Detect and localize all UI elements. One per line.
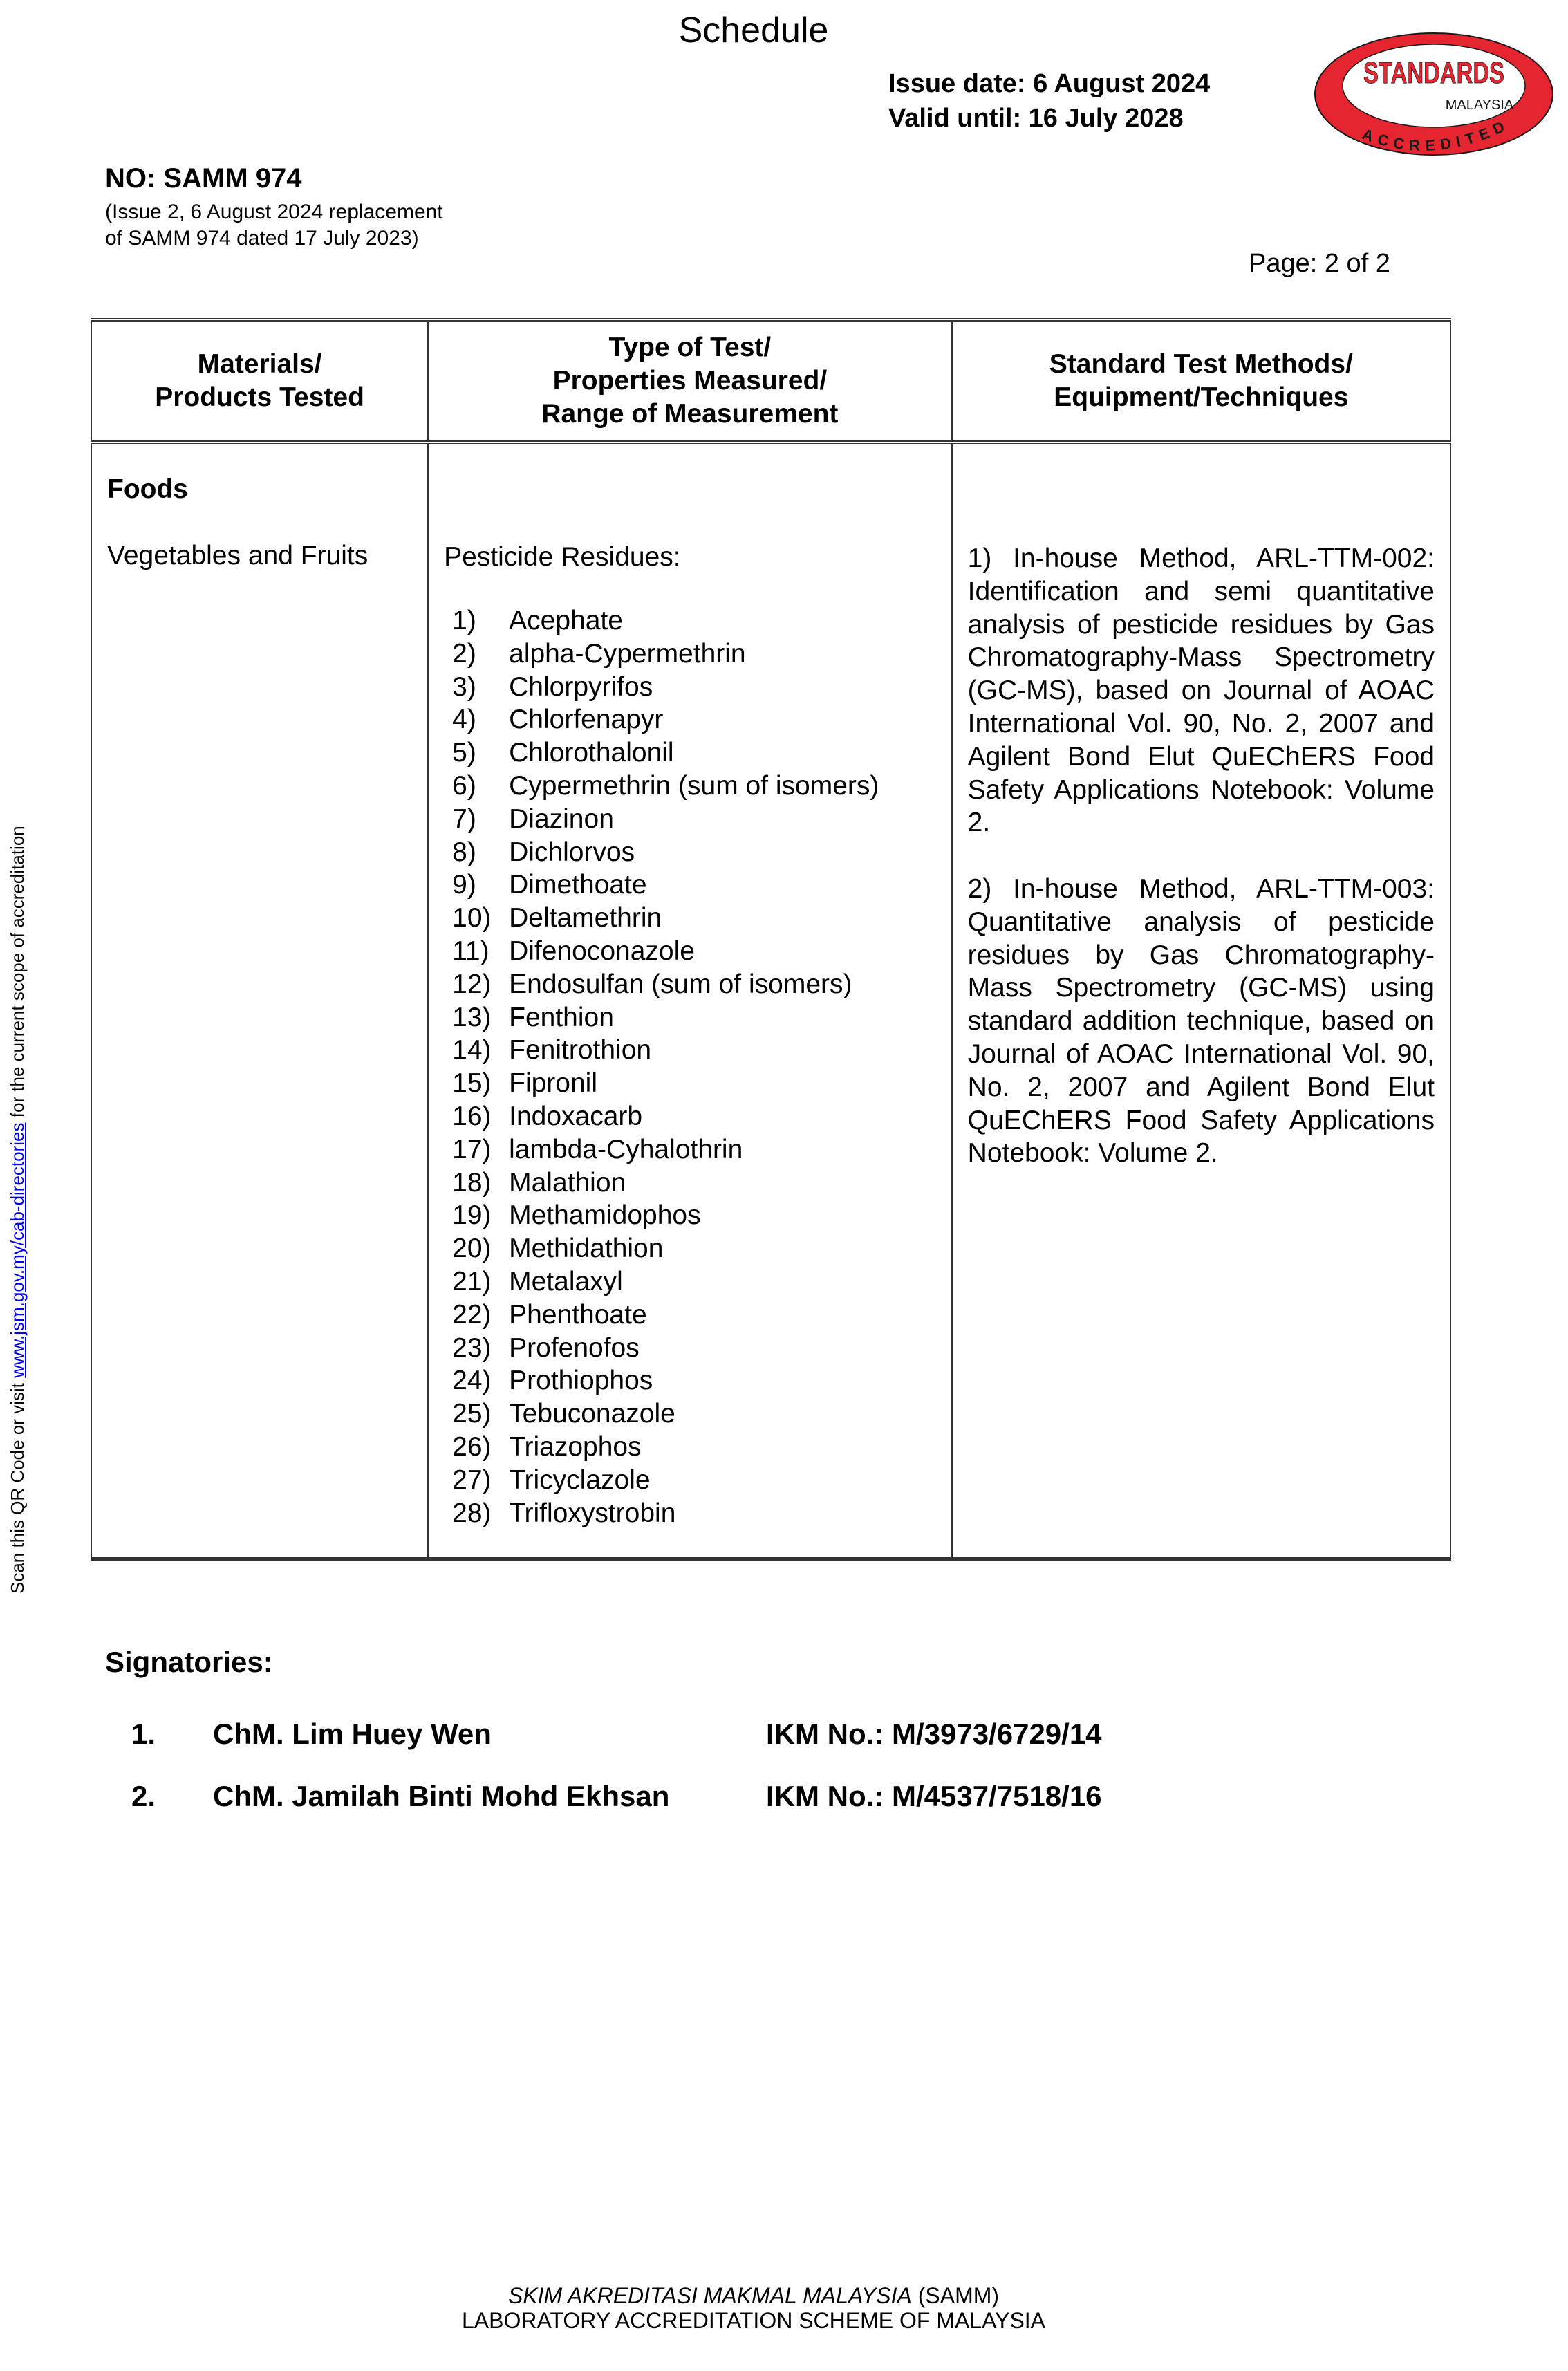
pesticide-name: Malathion [509, 1166, 626, 1200]
pesticide-name: lambda-Cyhalothrin [509, 1133, 743, 1166]
item-number: 4) [452, 703, 509, 736]
item-number: 23) [452, 1332, 509, 1365]
list-item: 18)Malathion [452, 1166, 937, 1200]
list-item: 10)Deltamethrin [452, 902, 937, 935]
pesticide-name: Fipronil [509, 1067, 597, 1100]
pesticide-name: Tebuconazole [509, 1397, 675, 1431]
document-number: NO: SAMM 974 [105, 163, 302, 194]
list-item: 12)Endosulfan (sum of isomers) [452, 968, 937, 1001]
side-qr-note: Scan this QR Code or visit www.jsm.gov.m… [7, 709, 28, 1594]
list-item: 23)Profenofos [452, 1332, 937, 1365]
accreditation-scope-table: Materials/Products Tested Type of Test/P… [91, 318, 1451, 1561]
pesticide-list: 1)Acephate2)alpha-Cypermethrin3)Chlorpyr… [444, 604, 937, 1529]
materials-cell: Foods Vegetables and Fruits [91, 443, 428, 1559]
list-item: 6)Cypermethrin (sum of isomers) [452, 770, 937, 803]
item-number: 24) [452, 1364, 509, 1397]
pesticide-name: Deltamethrin [509, 902, 662, 935]
page-title: Schedule [0, 10, 1507, 51]
signatory-number: 1. [131, 1718, 213, 1751]
valid-until: Valid until: 16 July 2028 [888, 101, 1210, 136]
list-item: 28)Trifloxystrobin [452, 1497, 937, 1530]
list-item: 27)Tricyclazole [452, 1464, 937, 1497]
item-number: 7) [452, 803, 509, 836]
list-item: 7)Diazinon [452, 803, 937, 836]
item-number: 5) [452, 736, 509, 770]
pesticide-name: Tricyclazole [509, 1464, 650, 1497]
list-item: 11)Difenoconazole [452, 935, 937, 968]
issue-note: (Issue 2, 6 August 2024 replacement of S… [105, 199, 443, 252]
footer-scheme-english: LABORATORY ACCREDITATION SCHEME OF MALAY… [0, 2308, 1507, 2333]
test-heading: Pesticide Residues: [444, 542, 937, 573]
item-number: 22) [452, 1299, 509, 1332]
header-type-of-test: Type of Test/Properties Measured/Range o… [428, 320, 952, 443]
pesticide-name: Metalaxyl [509, 1265, 623, 1299]
item-number: 16) [452, 1100, 509, 1133]
list-item: 15)Fipronil [452, 1067, 937, 1100]
signatory-ikm: IKM No.: M/3973/6729/14 [766, 1718, 1102, 1750]
pesticide-name: Diazinon [509, 803, 614, 836]
item-number: 21) [452, 1265, 509, 1299]
item-number: 17) [452, 1133, 509, 1166]
item-number: 9) [452, 868, 509, 902]
issue-note-line: (Issue 2, 6 August 2024 replacement [105, 199, 443, 225]
list-item: 26)Triazophos [452, 1431, 937, 1464]
method-item: 2) In-house Method, ARL-TTM-003: Quantit… [968, 873, 1435, 1170]
item-number: 26) [452, 1431, 509, 1464]
item-number: 11) [452, 935, 509, 968]
methods-list: 1) In-house Method, ARL-TTM-002: Identif… [953, 444, 1450, 1231]
list-item: 3)Chlorpyrifos [452, 671, 937, 704]
list-item: 1)Acephate [452, 604, 937, 638]
pesticide-name: Difenoconazole [509, 935, 695, 968]
pesticide-name: Phenthoate [509, 1299, 647, 1332]
item-number: 2) [452, 638, 509, 671]
cab-directories-link[interactable]: www.jsm.gov.my/cab-directories [7, 1122, 28, 1377]
issue-date: Issue date: 6 August 2024 [888, 66, 1210, 101]
list-item: 19)Methamidophos [452, 1199, 937, 1232]
standards-malaysia-accredited-logo: STANDARDS MALAYSIA ACCREDITED [1310, 28, 1558, 160]
header-materials: Materials/Products Tested [91, 320, 428, 443]
pesticide-name: Chlorpyrifos [509, 671, 653, 704]
table-row: Foods Vegetables and Fruits Pesticide Re… [91, 443, 1450, 1559]
pesticide-name: Profenofos [509, 1332, 640, 1365]
list-item: 4)Chlorfenapyr [452, 703, 937, 736]
item-number: 3) [452, 671, 509, 704]
logo-malaysia-text: MALAYSIA [1446, 97, 1514, 113]
signatory-name: ChM. Lim Huey Wen [213, 1718, 766, 1751]
list-item: 13)Fenthion [452, 1001, 937, 1034]
footer-scheme-malay: SKIM AKREDITASI MAKMAL MALAYSIA [508, 2283, 912, 2308]
list-item: 25)Tebuconazole [452, 1397, 937, 1431]
footer-scheme-abbr: (SAMM) [912, 2283, 999, 2308]
item-number: 19) [452, 1199, 509, 1232]
page-indicator: Page: 2 of 2 [1249, 249, 1390, 279]
pesticide-name: Fenthion [509, 1001, 614, 1034]
side-note-suffix: for the current scope of accreditation [7, 826, 28, 1122]
tests-cell: Pesticide Residues: 1)Acephate2)alpha-Cy… [428, 443, 952, 1559]
list-item: 9)Dimethoate [452, 868, 937, 902]
list-item: 24)Prothiophos [452, 1364, 937, 1397]
validity-dates: Issue date: 6 August 2024 Valid until: 1… [888, 66, 1210, 136]
pesticide-name: Dimethoate [509, 868, 646, 902]
pesticide-name: Methamidophos [509, 1199, 701, 1232]
pesticide-name: Fenitrothion [509, 1034, 651, 1067]
item-number: 27) [452, 1464, 509, 1497]
item-number: 18) [452, 1166, 509, 1200]
list-item: 16)Indoxacarb [452, 1100, 937, 1133]
list-item: 17)lambda-Cyhalothrin [452, 1133, 937, 1166]
pesticide-name: Trifloxystrobin [509, 1497, 675, 1530]
item-number: 6) [452, 770, 509, 803]
pesticide-name: Indoxacarb [509, 1100, 642, 1133]
method-item: 1) In-house Method, ARL-TTM-002: Identif… [968, 542, 1435, 839]
item-number: 14) [452, 1034, 509, 1067]
list-item: 2)alpha-Cypermethrin [452, 638, 937, 671]
pesticide-name: Dichlorvos [509, 836, 635, 869]
methods-cell: 1) In-house Method, ARL-TTM-002: Identif… [952, 443, 1450, 1559]
footer: SKIM AKREDITASI MAKMAL MALAYSIA (SAMM) L… [0, 2283, 1507, 2333]
logo-standards-text: STANDARDS [1363, 56, 1504, 90]
list-item: 14)Fenitrothion [452, 1034, 937, 1067]
item-number: 15) [452, 1067, 509, 1100]
item-number: 25) [452, 1397, 509, 1431]
list-item: 21)Metalaxyl [452, 1265, 937, 1299]
list-item: 22)Phenthoate [452, 1299, 937, 1332]
pesticide-name: Chlorothalonil [509, 736, 673, 770]
list-item: 20)Methidathion [452, 1232, 937, 1265]
pesticide-name: Triazophos [509, 1431, 641, 1464]
signatory-row: 1.ChM. Lim Huey WenIKM No.: M/3973/6729/… [131, 1718, 1102, 1751]
list-item: 5)Chlorothalonil [452, 736, 937, 770]
material-subcategory: Vegetables and Fruits [107, 541, 412, 571]
pesticide-name: Methidathion [509, 1232, 663, 1265]
pesticide-name: Chlorfenapyr [509, 703, 663, 736]
pesticide-name: Prothiophos [509, 1364, 653, 1397]
item-number: 12) [452, 968, 509, 1001]
signatory-row: 2.ChM. Jamilah Binti Mohd EkhsanIKM No.:… [131, 1780, 1102, 1813]
signatory-name: ChM. Jamilah Binti Mohd Ekhsan [213, 1780, 766, 1813]
item-number: 28) [452, 1497, 509, 1530]
signatory-ikm: IKM No.: M/4537/7518/16 [766, 1780, 1102, 1812]
header-test-methods: Standard Test Methods/Equipment/Techniqu… [952, 320, 1450, 443]
item-number: 13) [452, 1001, 509, 1034]
issue-note-line: of SAMM 974 dated 17 July 2023) [105, 225, 443, 252]
signatories-title: Signatories: [105, 1646, 273, 1679]
item-number: 8) [452, 836, 509, 869]
pesticide-name: Cypermethrin (sum of isomers) [509, 770, 879, 803]
material-category: Foods [107, 474, 412, 505]
item-number: 1) [452, 604, 509, 638]
signatory-number: 2. [131, 1780, 213, 1813]
pesticide-name: alpha-Cypermethrin [509, 638, 746, 671]
item-number: 20) [452, 1232, 509, 1265]
pesticide-name: Endosulfan (sum of isomers) [509, 968, 852, 1001]
list-item: 8)Dichlorvos [452, 836, 937, 869]
item-number: 10) [452, 902, 509, 935]
pesticide-name: Acephate [509, 604, 623, 638]
side-note-prefix: Scan this QR Code or visit [7, 1378, 28, 1594]
